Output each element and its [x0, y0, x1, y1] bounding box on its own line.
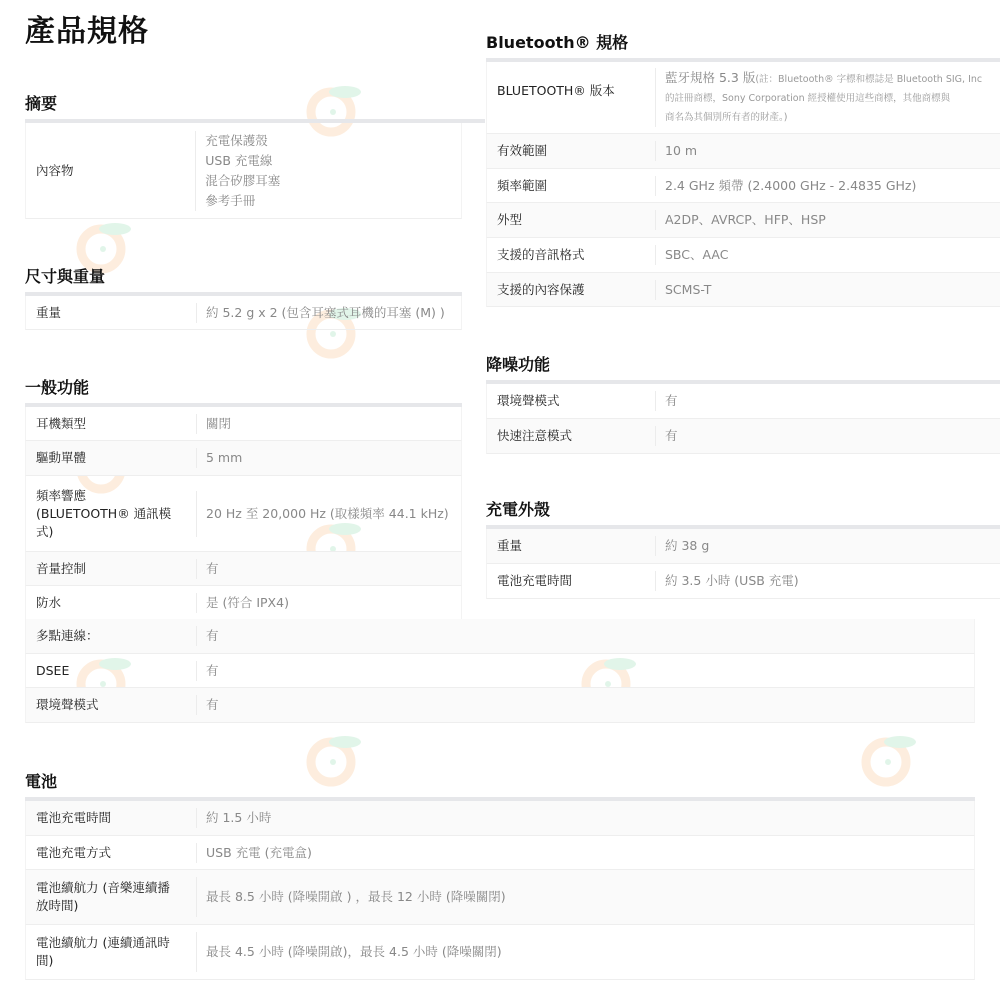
row-label: DSEE [26, 662, 196, 680]
row-value: SCMS-T [655, 280, 1000, 300]
row-value: 有 [196, 626, 974, 646]
section-title-size-weight: 尺寸與重量 [25, 264, 105, 287]
table-row: 防水 是 (符合 IPX4) [25, 586, 462, 621]
bluetooth-trademark-note: 的註冊商標，Sony Corporation 經授權使用這些商標，其他商標與 [665, 89, 1000, 108]
watermark-logo-icon [860, 728, 920, 788]
list-item: USB 充電線 [205, 151, 461, 171]
table-row: 電池充電時間 約 3.5 小時 (USB 充電) [486, 564, 1000, 599]
row-value: 有 [196, 661, 974, 681]
row-value: 2.4 GHz 頻帶 (2.4000 GHz - 2.4835 GHz) [655, 176, 1000, 196]
row-value: 約 1.5 小時 [196, 808, 974, 828]
table-row: 重量 約 38 g [486, 529, 1000, 564]
table-row: 頻率範圍 2.4 GHz 頻帶 (2.4000 GHz - 2.4835 GHz… [486, 169, 1000, 203]
table-row: BLUETOOTH® 版本 藍牙規格 5.3 版(註：Bluetooth® 字標… [486, 62, 1000, 134]
table-row: 電池續航力 (音樂連續播放時間) 最長 8.5 小時 (降噪開啟 ) ，最長 1… [25, 870, 975, 925]
row-label: 重量 [26, 304, 196, 322]
noise-cancel-table: 環境聲模式 有 快速注意模式 有 [486, 380, 1000, 454]
row-label: 多點連線： [26, 627, 196, 645]
row-label: 電池充電時間 [487, 572, 655, 590]
row-value-list: 充電保護殼 USB 充電線 混合矽膠耳塞 參考手冊 [195, 131, 461, 211]
table-row: 重量 約 5.2 g x 2 (包含耳塞式耳機的耳塞 (M) ) [25, 296, 462, 330]
row-value: 5 mm [196, 448, 461, 468]
row-label: 電池續航力 (連續通訊時間) [26, 934, 196, 970]
row-label: 環境聲模式 [487, 392, 655, 410]
row-label: BLUETOOTH® 版本 [487, 82, 655, 100]
row-value: 10 m [655, 141, 1000, 161]
table-row: 環境聲模式 有 [486, 384, 1000, 419]
row-label: 音量控制 [26, 560, 196, 578]
row-label: 耳機類型 [26, 415, 196, 433]
row-value: 最長 8.5 小時 (降噪開啟 ) ，最長 12 小時 (降噪關閉) [196, 877, 974, 917]
table-row: 驅動單體 5 mm [25, 441, 462, 476]
row-value: 是 (符合 IPX4) [196, 593, 461, 613]
table-row: 有效範圍 10 m [486, 134, 1000, 169]
table-row: 頻率響應 (BLUETOOTH® 通訊模式) 20 Hz 至 20,000 Hz… [25, 476, 462, 552]
list-item: 參考手冊 [205, 191, 461, 211]
table-row: 多點連線： 有 [25, 619, 975, 654]
section-title-general: 一般功能 [25, 375, 89, 398]
row-label: 環境聲模式 [26, 696, 196, 714]
battery-table: 電池充電時間 約 1.5 小時 電池充電方式 USB 充電 (充電盒) 電池續航… [25, 797, 975, 980]
section-title-noise-cancel: 降噪功能 [486, 352, 550, 375]
row-label: 電池續航力 (音樂連續播放時間) [26, 879, 196, 915]
section-title-battery: 電池 [25, 769, 57, 792]
table-row: 支援的內容保護 SCMS-T [486, 273, 1000, 307]
table-row: DSEE 有 [25, 654, 975, 688]
row-label: 內容物 [26, 162, 195, 180]
table-row: 耳機類型 關閉 [25, 407, 462, 441]
general-table: 耳機類型 關閉 驅動單體 5 mm 頻率響應 (BLUETOOTH® 通訊模式)… [25, 403, 462, 621]
row-label: 頻率響應 (BLUETOOTH® 通訊模式) [26, 487, 196, 541]
row-value: 關閉 [196, 414, 461, 434]
row-label: 驅動單體 [26, 449, 196, 467]
row-value: SBC、AAC [655, 245, 1000, 265]
section-title-charging-case: 充電外殼 [486, 497, 550, 520]
row-label: 重量 [487, 537, 655, 555]
row-value: 20 Hz 至 20,000 Hz (取樣頻率 44.1 kHz) [196, 491, 461, 537]
table-row: 電池充電時間 約 1.5 小時 [25, 801, 975, 836]
row-value: 約 38 g [655, 536, 1000, 556]
section-title-bluetooth: Bluetooth® 規格 [486, 30, 628, 53]
table-row: 外型 A2DP、AVRCP、HFP、HSP [486, 203, 1000, 238]
row-value: 約 5.2 g x 2 (包含耳塞式耳機的耳塞 (M) ) [196, 303, 461, 323]
row-label: 外型 [487, 211, 655, 229]
row-value: 藍牙規格 5.3 版(註：Bluetooth® 字標和標誌是 Bluetooth… [655, 68, 1000, 127]
row-label: 頻率範圍 [487, 177, 655, 195]
row-label: 有效範圍 [487, 142, 655, 160]
row-label: 支援的音訊格式 [487, 246, 655, 264]
table-row: 電池充電方式 USB 充電 (充電盒) [25, 836, 975, 870]
bluetooth-trademark-note: (註：Bluetooth® 字標和標誌是 Bluetooth SIG, Inc [755, 74, 982, 85]
table-row: 支援的音訊格式 SBC、AAC [486, 238, 1000, 273]
section-title-summary: 摘要 [25, 91, 57, 114]
row-label: 電池充電方式 [26, 844, 196, 862]
watermark-logo-icon [305, 728, 365, 788]
table-row: 電池續航力 (連續通訊時間) 最長 4.5 小時 (降噪開啟)，最長 4.5 小… [25, 925, 975, 980]
row-value: USB 充電 (充電盒) [196, 843, 974, 863]
row-value: A2DP、AVRCP、HFP、HSP [655, 210, 1000, 230]
summary-table: 內容物 充電保護殼 USB 充電線 混合矽膠耳塞 參考手冊 [25, 119, 485, 219]
row-label: 防水 [26, 594, 196, 612]
general-table-continued: 多點連線： 有 DSEE 有 環境聲模式 有 [25, 619, 975, 723]
row-value: 最長 4.5 小時 (降噪開啟)，最長 4.5 小時 (降噪關閉) [196, 932, 974, 972]
bluetooth-table: BLUETOOTH® 版本 藍牙規格 5.3 版(註：Bluetooth® 字標… [486, 58, 1000, 307]
page-title: 產品規格 [25, 6, 149, 50]
row-value: 有 [196, 559, 461, 579]
row-label: 快速注意模式 [487, 427, 655, 445]
table-row: 音量控制 有 [25, 552, 462, 586]
list-item: 混合矽膠耳塞 [205, 171, 461, 191]
row-value: 有 [655, 391, 1000, 411]
charging-case-table: 重量 約 38 g 電池充電時間 約 3.5 小時 (USB 充電) [486, 525, 1000, 599]
table-row: 內容物 充電保護殼 USB 充電線 混合矽膠耳塞 參考手冊 [25, 123, 462, 219]
table-row: 快速注意模式 有 [486, 419, 1000, 454]
size-weight-table: 重量 約 5.2 g x 2 (包含耳塞式耳機的耳塞 (M) ) [25, 292, 462, 330]
row-value: 約 3.5 小時 (USB 充電) [655, 571, 1000, 591]
row-label: 支援的內容保護 [487, 281, 655, 299]
row-value: 有 [196, 695, 974, 715]
row-label: 電池充電時間 [26, 809, 196, 827]
list-item: 充電保護殼 [205, 131, 461, 151]
bluetooth-trademark-note: 商名為其個別所有者的財產。) [665, 108, 1000, 127]
bluetooth-version-value: 藍牙規格 5.3 版 [665, 70, 755, 85]
row-value: 有 [655, 426, 1000, 446]
table-row: 環境聲模式 有 [25, 688, 975, 723]
